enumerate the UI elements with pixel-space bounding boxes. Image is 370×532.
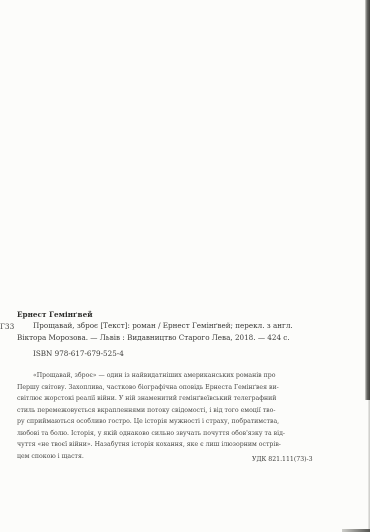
annotation-line: ру сприймаються особливо гостро. Це істо…: [17, 416, 308, 428]
author-heading: Ернест Гемінґвей: [17, 310, 93, 319]
bibliographic-entry-line-1: Прощавай, зброє [Текст]: роман / Ернест …: [17, 320, 337, 332]
annotation-line: «Прощавай, зброє» — один із найвидатніши…: [17, 370, 308, 382]
annotation-line: Першу світову. Захоплива, частково біогр…: [17, 382, 308, 394]
annotation-line: світлює жорстокі реалії війни. У ній зна…: [17, 393, 308, 405]
udc-classification: УДК 821.111(73)-3: [252, 456, 313, 463]
annotation-line: чуття «не твоєї війни». Назабутня історі…: [17, 439, 308, 451]
isbn-number: ISBN 978-617-679-525-4: [33, 349, 124, 358]
book-imprint-page: Ернест Гемінґвей Г33 Прощавай, зброє [Те…: [0, 0, 370, 532]
bibliographic-entry-line-2: Віктора Морозова. — Львів : Видавництво …: [17, 332, 337, 344]
book-annotation: «Прощавай, зброє» — один із найвидатніши…: [17, 370, 308, 462]
bibliographic-entry: Прощавай, зброє [Текст]: роман / Ернест …: [17, 320, 337, 343]
catalog-mark: Г33: [0, 322, 14, 331]
annotation-line: стиль перемежовується вкрапленнями поток…: [17, 405, 308, 417]
annotation-line: любові та болю. Історія, у якій однаково…: [17, 428, 308, 440]
book-spine-shadow: [365, 0, 370, 400]
